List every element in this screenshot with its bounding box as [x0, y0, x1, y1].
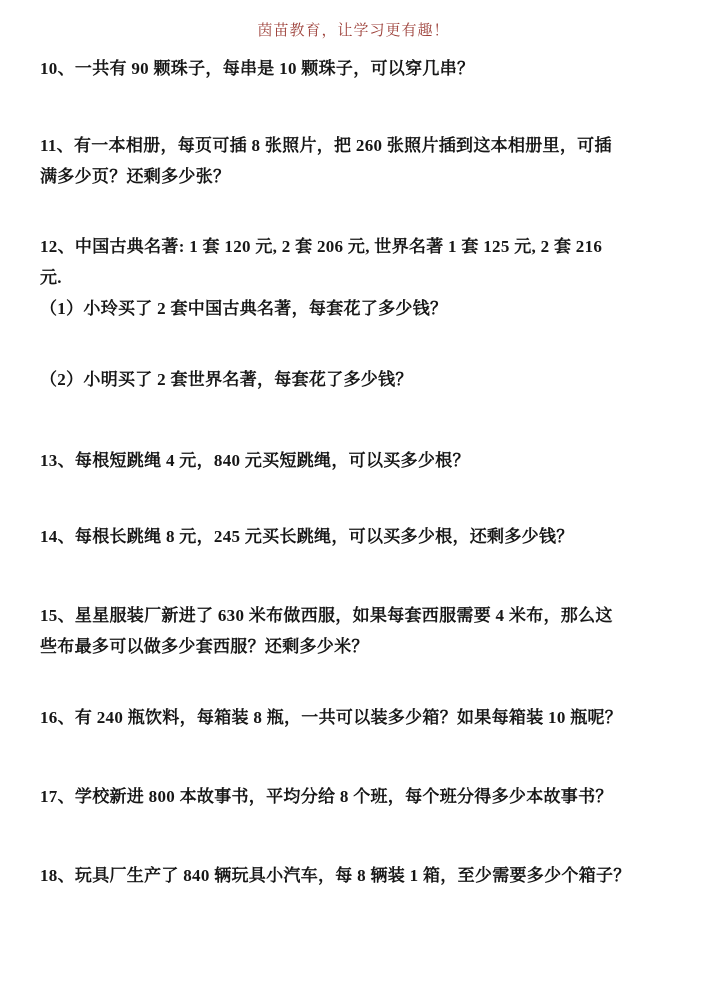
question-13-text: 13、每根短跳绳 4 元，840 元买短跳绳，可以买多少根？	[40, 445, 674, 476]
question-17: 17、学校新进 800 本故事书，平均分给 8 个班，每个班分得多少本故事书？	[40, 781, 674, 812]
question-14-text: 14、每根长跳绳 8 元，245 元买长跳绳，可以买多少根，还剩多少钱？	[40, 521, 674, 552]
question-11-text-line-1: 11、有一本相册，每页可插 8 张照片，把 260 张照片插到这本相册里，可插	[40, 130, 674, 161]
question-11-text-line-2: 满多少页？还剩多少张？	[40, 161, 674, 192]
question-10-text: 10、一共有 90 颗珠子，每串是 10 颗珠子，可以穿几串？	[40, 53, 674, 84]
question-12-text-line-2: 元.	[40, 262, 674, 293]
question-16-text: 16、有 240 瓶饮料，每箱装 8 瓶，一共可以装多少箱？如果每箱装 10 瓶…	[40, 702, 674, 733]
question-14: 14、每根长跳绳 8 元，245 元买长跳绳，可以买多少根，还剩多少钱？	[40, 521, 674, 552]
document-header-slogan: 茵苗教育，让学习更有趣！	[0, 19, 707, 40]
worksheet-page: 茵苗教育，让学习更有趣！ 10、一共有 90 颗珠子，每串是 10 颗珠子，可以…	[0, 0, 707, 1000]
question-11: 11、有一本相册，每页可插 8 张照片，把 260 张照片插到这本相册里，可插 …	[40, 130, 674, 192]
question-16: 16、有 240 瓶饮料，每箱装 8 瓶，一共可以装多少箱？如果每箱装 10 瓶…	[40, 702, 674, 733]
question-12-text-line-1: 12、中国古典名著: 1 套 120 元, 2 套 206 元, 世界名著 1 …	[40, 231, 674, 262]
question-15: 15、星星服装厂新进了 630 米布做西服，如果每套西服需要 4 米布，那么这 …	[40, 600, 674, 662]
question-12-part-1: （1）小玲买了 2 套中国古典名著，每套花了多少钱？	[40, 293, 674, 324]
question-10: 10、一共有 90 颗珠子，每串是 10 颗珠子，可以穿几串？	[40, 53, 674, 84]
question-18: 18、玩具厂生产了 840 辆玩具小汽车，每 8 辆装 1 箱，至少需要多少个箱…	[40, 860, 674, 891]
question-15-text-line-1: 15、星星服装厂新进了 630 米布做西服，如果每套西服需要 4 米布，那么这	[40, 600, 674, 631]
question-18-text: 18、玩具厂生产了 840 辆玩具小汽车，每 8 辆装 1 箱，至少需要多少个箱…	[40, 860, 674, 891]
question-15-text-line-2: 些布最多可以做多少套西服？还剩多少米？	[40, 631, 674, 662]
question-12: 12、中国古典名著: 1 套 120 元, 2 套 206 元, 世界名著 1 …	[40, 231, 674, 324]
question-12-part-2-text: （2）小明买了 2 套世界名著，每套花了多少钱？	[40, 364, 674, 395]
question-17-text: 17、学校新进 800 本故事书，平均分给 8 个班，每个班分得多少本故事书？	[40, 781, 674, 812]
question-13: 13、每根短跳绳 4 元，840 元买短跳绳，可以买多少根？	[40, 445, 674, 476]
question-12-part-2: （2）小明买了 2 套世界名著，每套花了多少钱？	[40, 364, 674, 395]
